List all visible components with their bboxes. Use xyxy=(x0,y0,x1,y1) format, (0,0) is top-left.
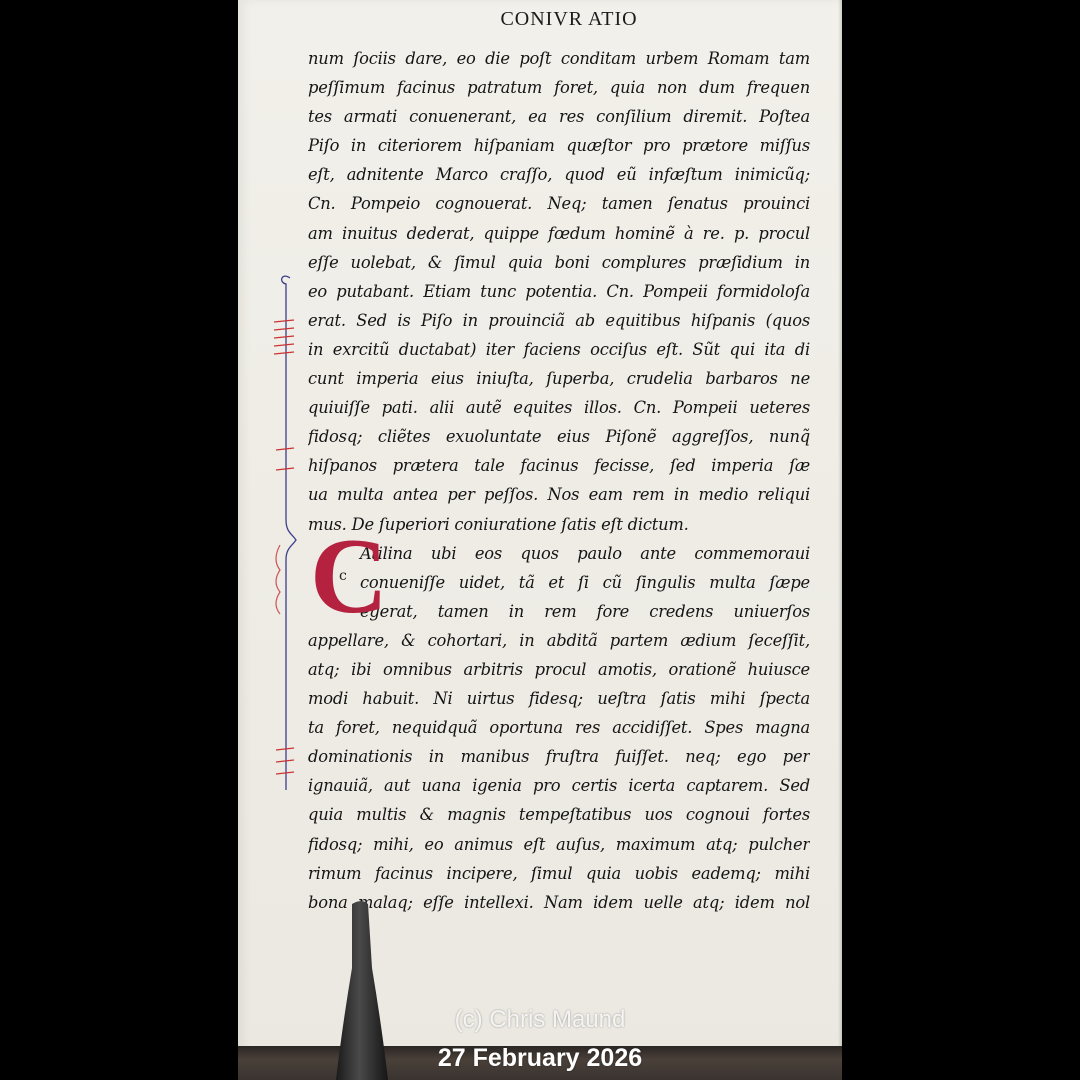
text-line: atq; ibi omnibus arbitris procul amotis,… xyxy=(308,655,810,684)
body-text: num ſociis dare, eo die poſt conditam ur… xyxy=(308,44,810,917)
text-line: num ſociis dare, eo die poſt conditam ur… xyxy=(308,44,810,73)
text-line: fidosq; mihi, eo animus eſt auſus, maxim… xyxy=(308,830,810,859)
text-line: quiuiſſe pati. alii autẽ equites illos. … xyxy=(308,393,810,422)
rubricated-initial: C xyxy=(310,532,388,622)
text-line: ta foret, nequidquã oportuna res accidiſ… xyxy=(308,713,810,742)
text-line: Cn. Pompeio cognouerat. Neq; tamen ſenat… xyxy=(308,189,810,218)
text-line: eſſe uolebat, & ſimul quia boni complure… xyxy=(308,248,810,277)
text-line: tes armati conuenerant, ea res conſilium… xyxy=(308,102,810,131)
text-line: dominationis in manibus fruſtra fuiſſet.… xyxy=(308,742,810,771)
text-line: hiſpanos prætera tale facinus fecisse, ſ… xyxy=(308,451,810,480)
running-head: CONIVR ATIO xyxy=(238,8,842,31)
text-line: erat. Sed is Piſo in prouinciã ab equiti… xyxy=(308,306,810,335)
text-line: quia multis & magnis tempeſtatibus uos c… xyxy=(308,800,810,829)
text-line: eo putabant. Etiam tunc potentia. Cn. Po… xyxy=(308,277,810,306)
copyright-watermark: (c) Chris Maund xyxy=(240,1006,840,1034)
margin-bracket-marks xyxy=(268,270,308,790)
text-line: eſt, adnitente Marco craſſo, quod eũ inf… xyxy=(308,160,810,189)
text-line: rimum facinus incipere, ſimul quia uobis… xyxy=(308,859,810,888)
text-line: peſſimum facinus patratum foret, quia no… xyxy=(308,73,810,102)
guide-letter: c xyxy=(339,568,347,584)
text-line: fidosq; cliẽtes exuoluntate eius Piſonẽ … xyxy=(308,422,810,451)
text-line: modi habuit. Ni uirtus fidesq; ueſtra ſa… xyxy=(308,684,810,713)
text-line: ua multa antea per peſſos. Nos eam rem i… xyxy=(308,480,810,509)
date-watermark: 27 February 2026 xyxy=(240,1044,840,1073)
text-line: Piſo in citeriorem hiſpaniam quæſtor pro… xyxy=(308,131,810,160)
text-line: in exrcitũ ductabat) iter faciens occiſu… xyxy=(308,335,810,364)
text-line: ignauiã, aut uana igenia pro certis icer… xyxy=(308,771,810,800)
text-line: am inuitus dederat, quippe fœdum hominẽ … xyxy=(308,219,810,248)
text-line: cunt imperia eius iniuſta, ſuperba, crud… xyxy=(308,364,810,393)
